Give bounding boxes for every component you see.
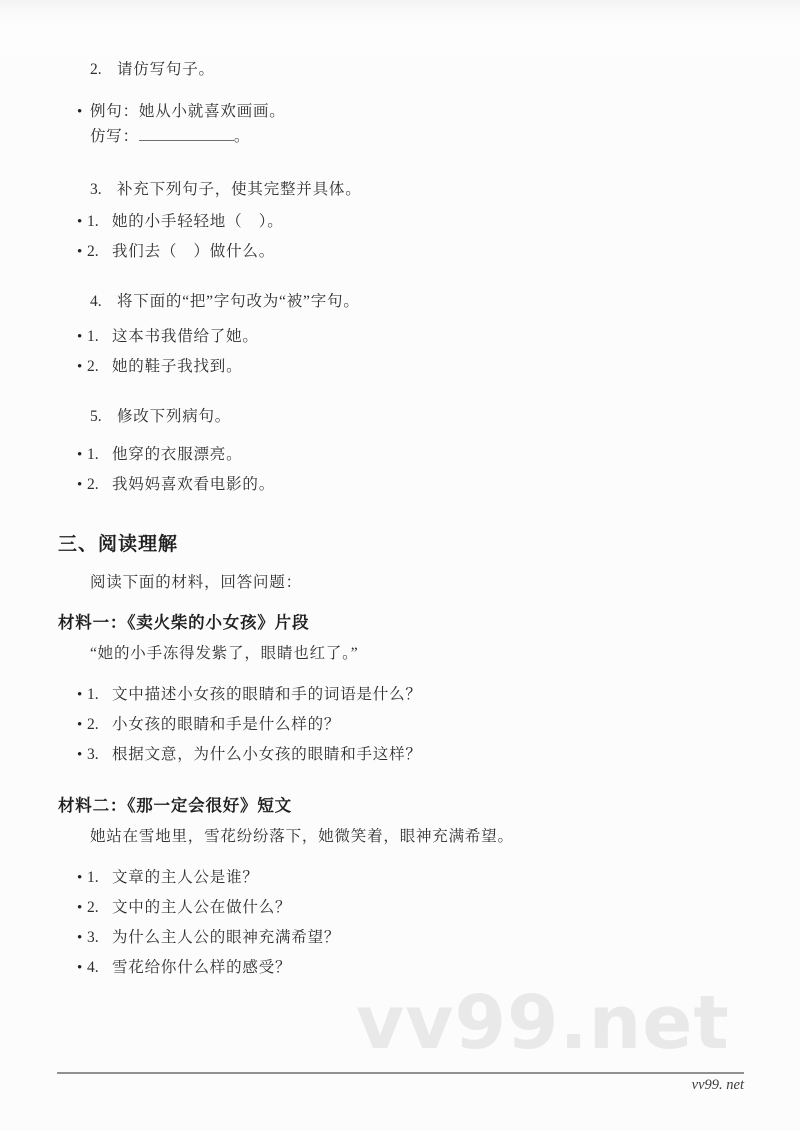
list-item: 2.她的鞋子我找到。 <box>58 356 745 378</box>
question-2-text: 请仿写句子。 <box>117 61 215 78</box>
question-number: 3. <box>87 927 112 949</box>
question-3-items: 1.她的小手轻轻地（ ）。 2.我们去（ ）做什么。 <box>58 211 745 263</box>
item-number: 2. <box>87 356 112 378</box>
material-1-heading: 材料一：《卖火柴的小女孩》片段 <box>58 611 745 635</box>
worksheet-page: { "exercises": { "q2": { "num": "2.", "t… <box>0 0 800 1130</box>
watermark-text: vv99.net <box>356 980 730 1066</box>
question-4-number: 4. <box>90 291 117 313</box>
example-label: 例句： <box>90 103 139 120</box>
question-2-example-list: 例句：她从小就喜欢画画。 仿写：。 <box>58 99 745 149</box>
question-4-text: 将下面的“把”字句改为“被”字句。 <box>117 293 360 310</box>
footer-site-text: vv99. net <box>692 1077 744 1094</box>
question-text: 为什么主人公的眼神充满希望？ <box>112 929 340 946</box>
section-title-reading-comprehension: 三、阅读理解 <box>58 532 745 558</box>
question-text: 文中描述小女孩的眼睛和手的词语是什么？ <box>112 686 422 703</box>
question-number: 1. <box>87 867 112 889</box>
question-text: 雪花给你什么样的感受？ <box>112 959 291 976</box>
item-number: 1. <box>87 211 112 233</box>
question-text: 小女孩的眼睛和手是什么样的？ <box>112 716 340 733</box>
imitate-label: 仿写： <box>90 128 139 145</box>
item-text: 我妈妈喜欢看电影的。 <box>112 476 275 493</box>
question-number: 3. <box>87 744 112 766</box>
item-number: 2. <box>87 474 112 496</box>
question-5-number: 5. <box>90 406 117 428</box>
list-item: 1.这本书我借给了她。 <box>58 326 745 348</box>
list-item: 2.我妈妈喜欢看电影的。 <box>58 474 745 496</box>
question-item: 3.根据文意，为什么小女孩的眼睛和手这样？ <box>58 744 745 766</box>
material-1-questions: 1.文中描述小女孩的眼睛和手的词语是什么？ 2.小女孩的眼睛和手是什么样的？ 3… <box>58 684 745 766</box>
material-2-questions: 1.文章的主人公是谁？ 2.文中的主人公在做什么？ 3.为什么主人公的眼神充满希… <box>58 867 745 979</box>
example-item: 例句：她从小就喜欢画画。 仿写：。 <box>58 99 745 149</box>
question-5-text: 修改下列病句。 <box>117 408 231 425</box>
question-item: 4.雪花给你什么样的感受？ <box>58 957 745 979</box>
reading-intro: 阅读下面的材料，回答问题： <box>90 572 745 594</box>
question-4-title: 4.将下面的“把”字句改为“被”字句。 <box>90 291 745 313</box>
blank-tail-period: 。 <box>234 128 250 145</box>
question-2-number: 2. <box>90 59 117 81</box>
question-item: 1.文章的主人公是谁？ <box>58 867 745 889</box>
list-item: 2.我们去（ ）做什么。 <box>58 241 745 263</box>
item-number: 1. <box>87 326 112 348</box>
question-number: 2. <box>87 714 112 736</box>
example-sentence: 她从小就喜欢画画。 <box>139 103 286 120</box>
question-item: 2.小女孩的眼睛和手是什么样的？ <box>58 714 745 736</box>
question-3-number: 3. <box>90 179 117 201</box>
item-number: 2. <box>87 241 112 263</box>
item-text: 这本书我借给了她。 <box>112 328 259 345</box>
question-item: 2.文中的主人公在做什么？ <box>58 897 745 919</box>
question-item: 1.文中描述小女孩的眼睛和手的词语是什么？ <box>58 684 745 706</box>
list-item: 1.他穿的衣服漂亮。 <box>58 444 745 466</box>
item-text: 他穿的衣服漂亮。 <box>112 446 242 463</box>
worksheet-content: 2.请仿写句子。 例句：她从小就喜欢画画。 仿写：。 3.补充下列句子，使其完整… <box>0 59 800 979</box>
question-number: 1. <box>87 684 112 706</box>
question-number: 2. <box>87 897 112 919</box>
question-number: 4. <box>87 957 112 979</box>
question-text: 文章的主人公是谁？ <box>112 869 259 886</box>
item-text: 我们去（ ）做什么。 <box>112 243 275 260</box>
material-1-passage: “她的小手冻得发紫了，眼睛也红了。” <box>90 643 745 665</box>
question-4-items: 1.这本书我借给了她。 2.她的鞋子我找到。 <box>58 326 745 378</box>
question-text: 文中的主人公在做什么？ <box>112 899 291 916</box>
item-number: 1. <box>87 444 112 466</box>
question-text: 根据文意，为什么小女孩的眼睛和手这样？ <box>112 746 422 763</box>
item-text: 她的小手轻轻地（ ）。 <box>112 213 284 230</box>
item-text: 她的鞋子我找到。 <box>112 358 242 375</box>
question-item: 3.为什么主人公的眼神充满希望？ <box>58 927 745 949</box>
list-item: 1.她的小手轻轻地（ ）。 <box>58 211 745 233</box>
material-2-heading: 材料二：《那一定会很好》短文 <box>58 794 745 818</box>
question-2-title: 2.请仿写句子。 <box>90 59 745 81</box>
footer-divider <box>57 1072 744 1074</box>
question-3-title: 3.补充下列句子，使其完整并具体。 <box>90 179 745 201</box>
question-5-items: 1.他穿的衣服漂亮。 2.我妈妈喜欢看电影的。 <box>58 444 745 496</box>
material-2-passage: 她站在雪地里，雪花纷纷落下，她微笑着，眼神充满希望。 <box>90 826 745 848</box>
answer-blank-line <box>139 126 234 141</box>
question-5-title: 5.修改下列病句。 <box>90 406 745 428</box>
question-3-text: 补充下列句子，使其完整并具体。 <box>117 181 362 198</box>
